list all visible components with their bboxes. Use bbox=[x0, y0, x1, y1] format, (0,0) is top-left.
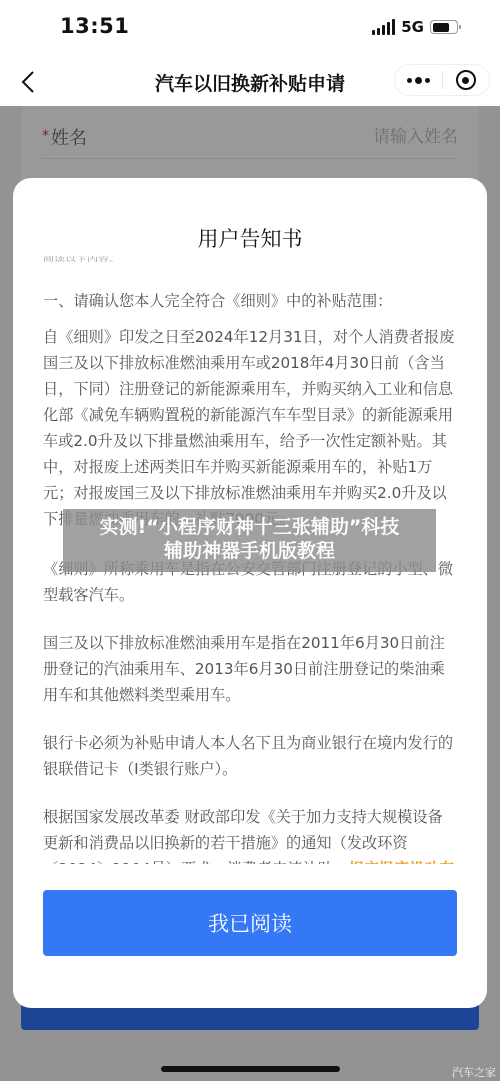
more-button[interactable] bbox=[395, 65, 442, 95]
home-indicator[interactable] bbox=[161, 1066, 340, 1072]
name-label: *姓名 bbox=[42, 124, 87, 150]
partial-scrolled-line: 阅读以下内容。 bbox=[43, 256, 457, 264]
notice-paragraph: 一、请确认您本人完全符合《细则》中的补贴范围： bbox=[43, 288, 457, 314]
signal-icon bbox=[372, 19, 395, 35]
confirm-read-button[interactable]: 我已阅读 bbox=[43, 890, 457, 956]
close-mini-program-button[interactable] bbox=[443, 65, 490, 95]
nav-bar: 汽车以旧换新补贴申请 bbox=[0, 60, 500, 106]
notice-paragraph: 根据国家发展改革委 财政部印发《关于加力支持大规模设备更新和消费品以旧换新的若干… bbox=[43, 804, 457, 864]
required-star: * bbox=[42, 128, 49, 144]
target-circle-icon bbox=[456, 70, 476, 90]
name-form-row: *姓名 bbox=[42, 115, 458, 159]
modal-title: 用户告知书 bbox=[13, 223, 487, 253]
overlay-line-1: 实测!“小程序财神十三张辅助”科技 bbox=[63, 515, 436, 539]
notice-paragraph: 自《细则》印发之日至2024年12月31日，对个人消费者报废国三及以下排放标准燃… bbox=[43, 324, 457, 532]
status-icons: 5G bbox=[372, 18, 458, 36]
name-input[interactable] bbox=[308, 127, 458, 147]
brand-watermark: 汽车之家 bbox=[452, 1064, 496, 1080]
mini-program-capsule bbox=[394, 64, 490, 96]
notice-paragraph: 国三及以下排放标准燃油乘用车是指在2011年6月30日前注册登记的汽油乘用车、2… bbox=[43, 630, 457, 708]
network-type: 5G bbox=[401, 18, 424, 36]
battery-icon bbox=[430, 20, 458, 34]
notice-paragraph: 银行卡必须为补贴申请人本人名下且为商业银行在境内发行的银联借记卡（I类银行账户）… bbox=[43, 730, 457, 782]
overlay-line-2: 辅助神器手机版教程 bbox=[63, 539, 436, 563]
status-bar: 13:51 5G bbox=[0, 0, 500, 60]
overlay-watermark-banner: 实测!“小程序财神十三张辅助”科技 辅助神器手机版教程 bbox=[63, 509, 436, 572]
more-dots-icon bbox=[407, 77, 430, 84]
user-notice-modal: 用户告知书 阅读以下内容。 一、请确认您本人完全符合《细则》中的补贴范围： 自《… bbox=[13, 178, 487, 1008]
status-time: 13:51 bbox=[60, 14, 129, 38]
